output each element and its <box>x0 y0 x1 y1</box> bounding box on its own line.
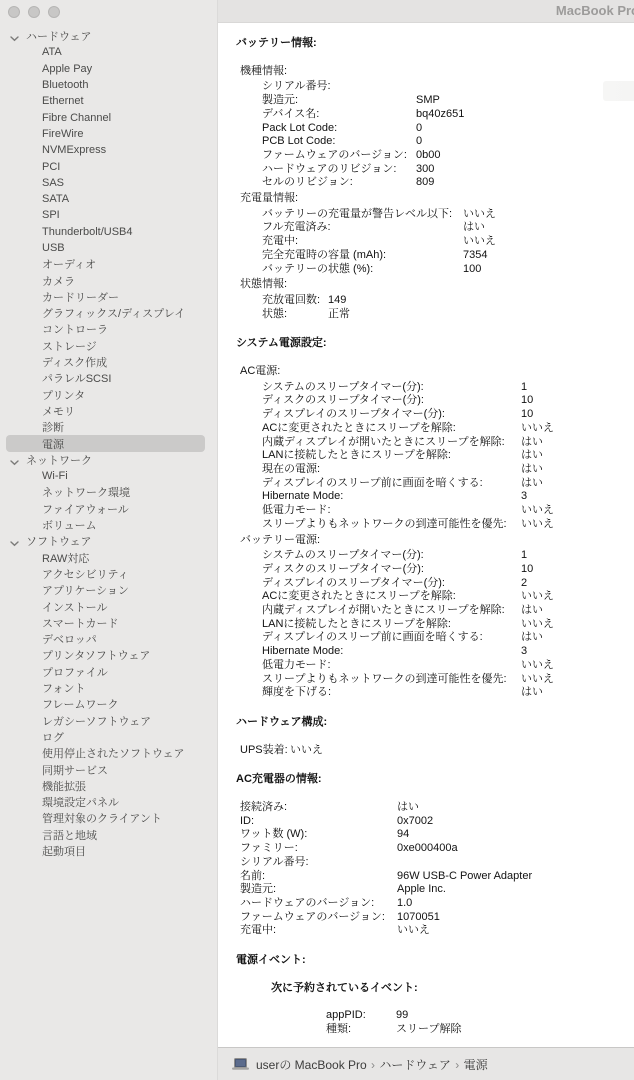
chevron-down-icon <box>10 538 19 544</box>
report-row-value: 10 <box>521 394 533 408</box>
breadcrumb-separator: › <box>367 1058 380 1072</box>
sidebar-item[interactable]: オーディオ <box>6 256 205 272</box>
report-section: 電源イベント:次に予約されているイベント:appPID:99種類:スリープ解除 <box>218 954 634 1037</box>
report-row-label: システムのスリープタイマー(分): <box>262 381 521 395</box>
report-row-label: デバイス名: <box>262 108 416 122</box>
sidebar-item-label: オーディオ <box>42 256 96 272</box>
sidebar-item[interactable]: Wi-Fi <box>6 468 205 484</box>
report-row-value: はい <box>521 604 543 618</box>
report-row: ディスプレイのスリープタイマー(分):10 <box>218 408 634 422</box>
report-row-label: Pack Lot Code: <box>262 122 416 136</box>
report-row-label: 充放電回数: <box>262 294 328 308</box>
report-section: バッテリー情報:機種情報:シリアル番号:製造元:SMPデバイス名:bq40z65… <box>218 37 634 321</box>
redacted-serial-smudge <box>603 81 634 101</box>
section-title: バッテリー情報: <box>218 37 634 51</box>
breadcrumb-separator: › <box>451 1058 464 1072</box>
report-row-value: 0xe000400a <box>397 842 458 856</box>
report-row-label: スリープよりもネットワークの到達可能性を優先: <box>262 673 521 687</box>
sidebar-item[interactable]: 使用停止されたソフトウェア <box>6 745 205 761</box>
report-row-value: 0x7002 <box>397 815 433 829</box>
sidebar-item-label: 使用停止されたソフトウェア <box>42 745 185 761</box>
breadcrumb-item: 電源 <box>464 1058 488 1072</box>
report-row-value: 0 <box>416 122 422 136</box>
sidebar-item[interactable]: USB <box>6 240 205 256</box>
report-row-label: 完全充電時の容量 (mAh): <box>262 249 463 263</box>
report-section: システム電源設定:AC電源:システムのスリープタイマー(分):1ディスクのスリー… <box>218 337 634 700</box>
sidebar-item[interactable]: Bluetooth <box>6 77 205 93</box>
report-row-value: いいえ <box>521 422 554 436</box>
sidebar-item-label: プリンタソフトウェア <box>42 647 150 663</box>
report-row: 接続済み:はい <box>218 801 634 815</box>
sidebar-item[interactable]: SPI <box>6 207 205 223</box>
sidebar-item-label: 機能拡張 <box>42 778 86 794</box>
category-tree: ハードウェアATAApple PayBluetoothEthernetFibre… <box>0 23 217 859</box>
sidebar-item-label: RAW対応 <box>42 550 89 566</box>
report-section: AC充電器の情報:接続済み:はいID:0x7002ワット数 (W):94ファミリ… <box>218 773 634 938</box>
sidebar-item-label: ストレージ <box>42 338 97 354</box>
sidebar-item[interactable]: 診断 <box>6 419 205 435</box>
report-row: ACに変更されたときにスリープを解除:いいえ <box>218 590 634 604</box>
report-row-label: フル充電済み: <box>262 221 463 235</box>
report-row: PCB Lot Code:0 <box>218 135 634 149</box>
report-row-label: セルのリビジョン: <box>262 176 416 190</box>
sidebar-item[interactable]: Thunderbolt/USB4 <box>6 224 205 240</box>
sidebar-item[interactable]: パラレルSCSI <box>6 370 205 386</box>
report-row-label: ID: <box>240 815 397 829</box>
report-row: ディスクのスリープタイマー(分):10 <box>218 563 634 577</box>
sidebar-item-label: 言語と地域 <box>42 827 97 843</box>
report-row: appPID:99 <box>218 1009 634 1023</box>
sidebar-item-label: カードリーダー <box>42 289 119 305</box>
report-row-value: 94 <box>397 828 409 842</box>
report-row-value: 2 <box>521 577 527 591</box>
sidebar-item[interactable]: 起動項目 <box>6 843 205 859</box>
report-row: 現在の電源:はい <box>218 463 634 477</box>
sidebar-item[interactable]: プロファイル <box>6 664 205 680</box>
report-row-value: 1.0 <box>397 897 412 911</box>
sidebar-item[interactable]: デベロッパ <box>6 631 205 647</box>
sidebar-item-label: PCI <box>42 161 60 173</box>
sidebar-item[interactable]: 言語と地域 <box>6 827 205 843</box>
report-row-label: 輝度を下げる: <box>262 686 521 700</box>
sidebar-item[interactable]: Ethernet <box>6 93 205 109</box>
report-row: 内蔵ディスプレイが開いたときにスリープを解除:はい <box>218 436 634 450</box>
report-row-value: いいえ <box>521 673 554 687</box>
report-row-value: はい <box>521 477 543 491</box>
zoom-button[interactable] <box>48 6 60 18</box>
sidebar-item[interactable]: スマートカード <box>6 615 205 631</box>
report-row-label: 種類: <box>326 1023 396 1037</box>
sidebar-item[interactable]: アプリケーション <box>6 582 205 598</box>
report-row: フル充電済み:はい <box>218 221 634 235</box>
report-row-label: ハードウェアのバージョン: <box>240 897 397 911</box>
sidebar-item-label: アクセシビリティ <box>42 566 129 582</box>
report-row-value: はい <box>521 436 543 450</box>
report-row: 充電中:いいえ <box>218 924 634 938</box>
sidebar-item-label: インストール <box>42 599 107 615</box>
report-row: ファームウェアのバージョン:1070051 <box>218 911 634 925</box>
report-row-label: ファミリー: <box>240 842 397 856</box>
report-row-label: 名前: <box>240 870 397 884</box>
sidebar-item-label: デベロッパ <box>42 631 97 647</box>
sidebar-item-label: ネットワーク環境 <box>42 484 130 500</box>
report-row-value: いいえ <box>521 659 554 673</box>
sidebar-item-label: SPI <box>42 209 60 221</box>
sidebar-item[interactable]: コントローラ <box>6 321 205 337</box>
sidebar-item[interactable]: ディスク作成 <box>6 354 205 370</box>
report-row-value: 7354 <box>463 249 487 263</box>
report-row: 充放電回数:149 <box>218 294 634 308</box>
sidebar-item-label: レガシーソフトウェア <box>42 713 151 729</box>
report-row-value: いいえ <box>521 618 554 632</box>
breadcrumb-bar: userの MacBook Pro › ハードウェア › 電源 <box>218 1047 634 1080</box>
report-section: ハードウェア構成:UPS装着:いいえ <box>218 716 634 757</box>
report-row-label: ディスクのスリープタイマー(分): <box>262 563 521 577</box>
sidebar-item-label: プロファイル <box>42 664 108 680</box>
report-row: ワット数 (W):94 <box>218 828 634 842</box>
report-row: Pack Lot Code:0 <box>218 122 634 136</box>
sidebar-item[interactable]: プリンタ <box>6 387 205 403</box>
sidebar-item-label: Fibre Channel <box>42 112 111 124</box>
report-row: LANに接続したときにスリープを解除:はい <box>218 449 634 463</box>
close-button[interactable] <box>8 6 20 18</box>
report-row-value: いいえ <box>290 744 323 758</box>
sidebar-group-hardware[interactable]: ハードウェア <box>6 28 205 44</box>
sidebar-item[interactable]: レガシーソフトウェア <box>6 712 205 728</box>
sidebar-item[interactable]: Apple Pay <box>6 61 205 77</box>
sidebar-group-network[interactable]: ネットワーク <box>6 452 205 468</box>
report-row: システムのスリープタイマー(分):1 <box>218 549 634 563</box>
sidebar-item-label: ログ <box>42 729 64 745</box>
report-row: 低電力モード:いいえ <box>218 659 634 673</box>
section-title: 電源イベント: <box>218 954 634 968</box>
sidebar-item-label: Apple Pay <box>42 63 92 75</box>
report-row-value: いいえ <box>521 518 554 532</box>
sidebar-group-label: ハードウェア <box>26 28 92 44</box>
report-row-label: LANに接続したときにスリープを解除: <box>262 449 521 463</box>
report-row-label: ハードウェアのリビジョン: <box>262 163 416 177</box>
sidebar-group-label: ソフトウェア <box>26 533 92 549</box>
sidebar-item[interactable]: ネットワーク環境 <box>6 484 205 500</box>
sidebar-item-label: フレームワーク <box>42 696 119 712</box>
titlebar[interactable]: MacBook Pro <box>218 0 634 23</box>
report-row: Hibernate Mode:3 <box>218 645 634 659</box>
report-row-value: 96W USB-C Power Adapter <box>397 870 532 884</box>
sidebar-item-label: Bluetooth <box>42 79 88 91</box>
report-row-label: ファームウェアのバージョン: <box>262 149 416 163</box>
report-row: バッテリーの充電量が警告レベル以下:いいえ <box>218 208 634 222</box>
sidebar-item[interactable]: ログ <box>6 729 205 745</box>
minimize-button[interactable] <box>28 6 40 18</box>
sidebar-item[interactable]: アクセシビリティ <box>6 566 205 582</box>
report-row-label: 現在の電源: <box>262 463 521 477</box>
report-row-label: シリアル番号: <box>240 856 397 870</box>
report-row-value: 100 <box>463 263 481 277</box>
report-row-label: バッテリーの充電量が警告レベル以下: <box>262 208 463 222</box>
sidebar-item[interactable]: SATA <box>6 191 205 207</box>
breadcrumb-item: userの MacBook Pro <box>256 1058 367 1072</box>
report-row-label: appPID: <box>326 1009 396 1023</box>
sidebar-item-label: 管理対象のクライアント <box>42 810 162 826</box>
report-row: 内蔵ディスプレイが開いたときにスリープを解除:はい <box>218 604 634 618</box>
report-row-value: 3 <box>521 645 527 659</box>
report-row-label: 内蔵ディスプレイが開いたときにスリープを解除: <box>262 436 521 450</box>
report-row: ディスプレイのスリープ前に画面を暗くする:はい <box>218 631 634 645</box>
group-label: 充電量情報: <box>218 192 634 206</box>
report-row-value: 809 <box>416 176 434 190</box>
sidebar-item[interactable]: グラフィックス/ディスプレイ <box>6 305 205 321</box>
sidebar-item[interactable]: カメラ <box>6 272 205 288</box>
report-row: 種類:スリープ解除 <box>218 1023 634 1037</box>
report-row-value: 1 <box>521 381 527 395</box>
report-row-label: 低電力モード: <box>262 659 521 673</box>
report-row-label: 状態: <box>262 308 328 322</box>
sidebar-item[interactable]: メモリ <box>6 403 205 419</box>
report-row-value: はい <box>463 221 485 235</box>
report-row-label: システムのスリープタイマー(分): <box>262 549 521 563</box>
report-row-label: ワット数 (W): <box>240 828 397 842</box>
sidebar-item-label: カメラ <box>42 273 75 289</box>
report-row: ハードウェアのバージョン:1.0 <box>218 897 634 911</box>
report-row-value: 1 <box>521 549 527 563</box>
report-row-value: はい <box>521 631 543 645</box>
report-row-label: ファームウェアのバージョン: <box>240 911 397 925</box>
report-row-value: 10 <box>521 563 533 577</box>
report-row: セルのリビジョン:809 <box>218 176 634 190</box>
report-row-value: 10 <box>521 408 533 422</box>
sidebar-item-label: 同期サービス <box>42 762 108 778</box>
report-row: ハードウェアのリビジョン:300 <box>218 163 634 177</box>
report-row: 低電力モード:いいえ <box>218 504 634 518</box>
report-row: スリープよりもネットワークの到達可能性を優先:いいえ <box>218 673 634 687</box>
sidebar-item-label: スマートカード <box>42 615 118 631</box>
report-row: 完全充電時の容量 (mAh):7354 <box>218 249 634 263</box>
report-row-label: UPS装着: <box>240 744 290 758</box>
sidebar-item-label: ボリューム <box>42 517 97 533</box>
report-row-label: ディスプレイのスリープタイマー(分): <box>262 408 521 422</box>
sidebar: ハードウェアATAApple PayBluetoothEthernetFibre… <box>0 0 218 1080</box>
sidebar-item[interactable]: 電源 <box>6 435 205 451</box>
report-row: 名前:96W USB-C Power Adapter <box>218 870 634 884</box>
sidebar-item-label: グラフィックス/ディスプレイ <box>42 305 185 321</box>
report-row-label: 内蔵ディスプレイが開いたときにスリープを解除: <box>262 604 521 618</box>
section-title: AC充電器の情報: <box>218 773 634 787</box>
report-row: ファミリー:0xe000400a <box>218 842 634 856</box>
report-row-value: はい <box>397 801 419 815</box>
sidebar-item[interactable]: ボリューム <box>6 517 205 533</box>
report-row: シリアル番号: <box>218 80 634 94</box>
section-title: システム電源設定: <box>218 337 634 351</box>
sidebar-item-label: FireWire <box>42 128 84 140</box>
sidebar-item-label: ディスク作成 <box>42 354 107 370</box>
sidebar-item-label: NVMExpress <box>42 144 106 156</box>
sidebar-item[interactable]: フォント <box>6 680 205 696</box>
report-row-label: PCB Lot Code: <box>262 135 416 149</box>
report-row-label: 製造元: <box>262 94 416 108</box>
sidebar-item-label: ATA <box>42 46 62 58</box>
report-row-label: ディスプレイのスリープ前に画面を暗くする: <box>262 631 521 645</box>
report-row: 製造元:SMP <box>218 94 634 108</box>
report-row: 輝度を下げる:はい <box>218 686 634 700</box>
report-row-value: いいえ <box>521 504 554 518</box>
report-row-value: いいえ <box>397 924 430 938</box>
sidebar-item-label: 環境設定パネル <box>42 794 119 810</box>
sidebar-item[interactable]: インストール <box>6 598 205 614</box>
sidebar-item[interactable]: フレームワーク <box>6 696 205 712</box>
report-row-value: 300 <box>416 163 434 177</box>
report-row-label: 製造元: <box>240 883 397 897</box>
report-row: バッテリーの状態 (%):100 <box>218 263 634 277</box>
sidebar-item[interactable]: SAS <box>6 175 205 191</box>
sidebar-item[interactable]: 環境設定パネル <box>6 794 205 810</box>
sidebar-item-label: SATA <box>42 193 69 205</box>
group-label: AC電源: <box>218 365 634 379</box>
main-panel: MacBook Pro バッテリー情報:機種情報:シリアル番号:製造元:SMPデ… <box>218 0 634 1080</box>
window-title: MacBook Pro <box>556 3 634 18</box>
report-row: ディスプレイのスリープタイマー(分):2 <box>218 577 634 591</box>
report-row: UPS装着:いいえ <box>218 744 634 758</box>
sidebar-item-label: USB <box>42 242 65 254</box>
chevron-down-icon <box>10 457 19 463</box>
sidebar-item[interactable]: PCI <box>6 158 205 174</box>
report-row: 状態:正常 <box>218 308 634 322</box>
sidebar-item-label: フォント <box>42 680 85 696</box>
report-row-label: 充電中: <box>240 924 397 938</box>
report-row: ACに変更されたときにスリープを解除:いいえ <box>218 422 634 436</box>
chevron-down-icon <box>10 33 19 39</box>
sidebar-item-label: Ethernet <box>42 95 84 107</box>
report-row-label: スリープよりもネットワークの到達可能性を優先: <box>262 518 521 532</box>
breadcrumb: userの MacBook Pro › ハードウェア › 電源 <box>256 1056 488 1073</box>
report-row: デバイス名:bq40z651 <box>218 108 634 122</box>
sidebar-item-label: 電源 <box>42 436 64 452</box>
sidebar-item-label: アプリケーション <box>42 582 129 598</box>
section-title: ハードウェア構成: <box>218 716 634 730</box>
sidebar-item-label: 診断 <box>42 419 64 435</box>
sidebar-item[interactable]: RAW対応 <box>6 550 205 566</box>
report-row-label: 充電中: <box>262 235 463 249</box>
report-row: スリープよりもネットワークの到達可能性を優先:いいえ <box>218 518 634 532</box>
sidebar-item[interactable]: FireWire <box>6 126 205 142</box>
report-row: LANに接続したときにスリープを解除:いいえ <box>218 618 634 632</box>
report-row: 製造元:Apple Inc. <box>218 883 634 897</box>
report-row-value: 0b00 <box>416 149 440 163</box>
sidebar-item[interactable]: ストレージ <box>6 338 205 354</box>
group-label: 状態情報: <box>218 278 634 292</box>
sidebar-item-label: Wi-Fi <box>42 470 68 482</box>
group-label: 次に予約されているイベント: <box>218 982 634 996</box>
report-row-label: LANに接続したときにスリープを解除: <box>262 618 521 632</box>
sidebar-item[interactable]: カードリーダー <box>6 289 205 305</box>
report-row-value: いいえ <box>463 235 496 249</box>
group-label: 機種情報: <box>218 65 634 79</box>
report-row-label: ACに変更されたときにスリープを解除: <box>262 422 521 436</box>
breadcrumb-item: ハードウェア <box>379 1058 451 1072</box>
sidebar-item-label: パラレルSCSI <box>42 370 111 386</box>
report-row-value: スリープ解除 <box>396 1023 461 1037</box>
group-label: バッテリー電源: <box>218 534 634 548</box>
report-row-label: バッテリーの状態 (%): <box>262 263 463 277</box>
sidebar-item-label: メモリ <box>42 403 75 419</box>
report-row: システムのスリープタイマー(分):1 <box>218 381 634 395</box>
system-information-window: ハードウェアATAApple PayBluetoothEthernetFibre… <box>0 0 634 1080</box>
report-row-label: シリアル番号: <box>262 80 416 94</box>
report-row: ID:0x7002 <box>218 815 634 829</box>
report-row-value: 99 <box>396 1009 408 1023</box>
report-row-value: 3 <box>521 490 527 504</box>
sidebar-item[interactable]: 同期サービス <box>6 761 205 777</box>
sidebar-item-label: プリンタ <box>42 387 85 403</box>
report-row-value: 0 <box>416 135 422 149</box>
sidebar-item-label: ファイアウォール <box>42 501 129 517</box>
report-row-label: 低電力モード: <box>262 504 521 518</box>
report-row-value: SMP <box>416 94 440 108</box>
report-row-label: 接続済み: <box>240 801 397 815</box>
report-row: ディスプレイのスリープ前に画面を暗くする:はい <box>218 477 634 491</box>
laptop-icon <box>232 1058 249 1070</box>
report-row-value: いいえ <box>463 208 496 222</box>
report-row: Hibernate Mode:3 <box>218 490 634 504</box>
report-row: ファームウェアのバージョン:0b00 <box>218 149 634 163</box>
sidebar-item[interactable]: NVMExpress <box>6 142 205 158</box>
report-row-label: ディスプレイのスリープタイマー(分): <box>262 577 521 591</box>
report-row-label: Hibernate Mode: <box>262 645 521 659</box>
report-row-value: Apple Inc. <box>397 883 446 897</box>
sidebar-item[interactable]: ATA <box>6 44 205 60</box>
sidebar-group-software[interactable]: ソフトウェア <box>6 533 205 549</box>
sidebar-item[interactable]: Fibre Channel <box>6 109 205 125</box>
report-row-label: Hibernate Mode: <box>262 490 521 504</box>
sidebar-item[interactable]: ファイアウォール <box>6 501 205 517</box>
sidebar-item[interactable]: プリンタソフトウェア <box>6 647 205 663</box>
report-row-label: ディスクのスリープタイマー(分): <box>262 394 521 408</box>
sidebar-item-label: Thunderbolt/USB4 <box>42 226 133 238</box>
report-row: シリアル番号: <box>218 856 634 870</box>
sidebar-item-label: 起動項目 <box>42 843 86 859</box>
report-row-value: bq40z651 <box>416 108 464 122</box>
report-row-value: 1070051 <box>397 911 440 925</box>
report-row-value: はい <box>521 449 543 463</box>
report-row-label: ディスプレイのスリープ前に画面を暗くする: <box>262 477 521 491</box>
sidebar-item-label: SAS <box>42 177 64 189</box>
sidebar-item-label: コントローラ <box>42 321 108 337</box>
sidebar-group-label: ネットワーク <box>26 452 92 468</box>
window-controls <box>0 0 217 23</box>
report-row-value: はい <box>521 463 543 477</box>
sidebar-item[interactable]: 管理対象のクライアント <box>6 810 205 826</box>
report-row-value: はい <box>521 686 543 700</box>
report-row: ディスクのスリープタイマー(分):10 <box>218 394 634 408</box>
sidebar-item[interactable]: 機能拡張 <box>6 778 205 794</box>
report-row-value: いいえ <box>521 590 554 604</box>
report-content: バッテリー情報:機種情報:シリアル番号:製造元:SMPデバイス名:bq40z65… <box>218 23 634 1047</box>
report-row-value: 正常 <box>328 308 350 322</box>
report-row-label: ACに変更されたときにスリープを解除: <box>262 590 521 604</box>
report-row-value: 149 <box>328 294 346 308</box>
report-row: 充電中:いいえ <box>218 235 634 249</box>
